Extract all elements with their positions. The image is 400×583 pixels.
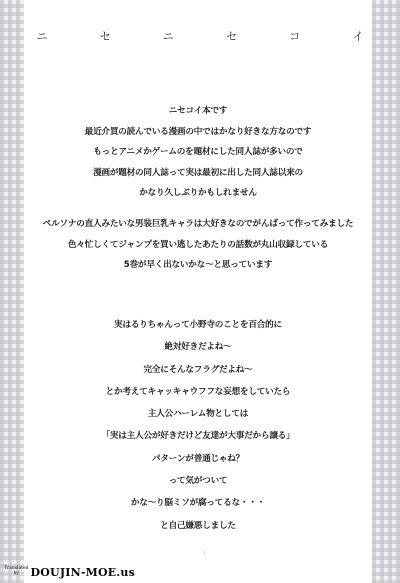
by-label: by: [14, 571, 19, 576]
text-line: パターンが普通じゃね？: [24, 448, 372, 470]
text-line: 主人公ハーレム物としては: [24, 403, 372, 425]
title-char: コ: [285, 28, 305, 44]
left-gingham-border: [0, 0, 24, 583]
credit-site: DOUJIN-MOE.us: [31, 566, 135, 579]
right-gingham-border: [372, 0, 400, 583]
paragraph-intro: ニセコイ本です 最近介買の読んでいる漫画の中ではかなり好きな方なのです もっとア…: [24, 101, 372, 204]
text-line: ペルソナの直人みたいな男装巨乳キャラは大好きなのでがんばって作ってみました: [24, 214, 372, 235]
text-line: 色々忙しくてジャンプを買い逃したあたりの話数が丸山収録している: [24, 235, 372, 256]
title-char: セ: [222, 28, 242, 44]
title-char: ニ: [32, 28, 52, 44]
text-line: 実はるりちゃんって小野寺のことを百合的に: [24, 314, 372, 336]
text-line: 絶対好きだよね～: [24, 336, 372, 358]
text-line: もっとアニメかゲームのを題材にした同人誌が多いので: [24, 142, 372, 163]
text-line: と自己嫌悪しました: [24, 515, 372, 537]
paragraph-character: ペルソナの直人みたいな男装巨乳キャラは大好きなのでがんばって作ってみました 色々…: [24, 214, 372, 276]
text-line: ニセコイ本です: [24, 101, 372, 122]
text-line: って気がついて: [24, 470, 372, 492]
text-line: かなり久しぶりかもしれません: [24, 183, 372, 204]
paragraph-reflection: 実はるりちゃんって小野寺のことを百合的に 絶対好きだよね～ 完全にそんなフラグだ…: [24, 314, 372, 537]
title-char: セ: [95, 28, 115, 44]
title-char: ニ: [158, 28, 178, 44]
translator-credit: Translated by DOUJIN-MOE.us: [4, 566, 135, 579]
text-line: 「実は主人公が好きだけど友達が大事だから譲る」: [24, 425, 372, 447]
text-line: とか考えてキャッキャウフフな妄想をしていたら: [24, 381, 372, 403]
text-line: 完全にそんなフラグだよね～: [24, 359, 372, 381]
text-line: かな～り脳ミソが腐ってるな・・・: [24, 492, 372, 514]
text-line: 最近介買の読んでいる漫画の中ではかなり好きな方なのです: [24, 122, 372, 143]
page-number: i: [204, 550, 205, 555]
page-title: ニ セ ニ セ コ イ: [28, 28, 372, 44]
document-page: ニ セ ニ セ コ イ ニセコイ本です 最近介買の読んでいる漫画の中ではかなり好…: [24, 0, 372, 583]
text-line: 5巻が早く出ないかな～と思っています: [24, 255, 372, 276]
text-line: 漫画が題材の同人誌って実は最初に出した同人誌以来の: [24, 163, 372, 184]
title-char: イ: [348, 28, 368, 44]
credit-label: Translated by: [4, 566, 29, 576]
